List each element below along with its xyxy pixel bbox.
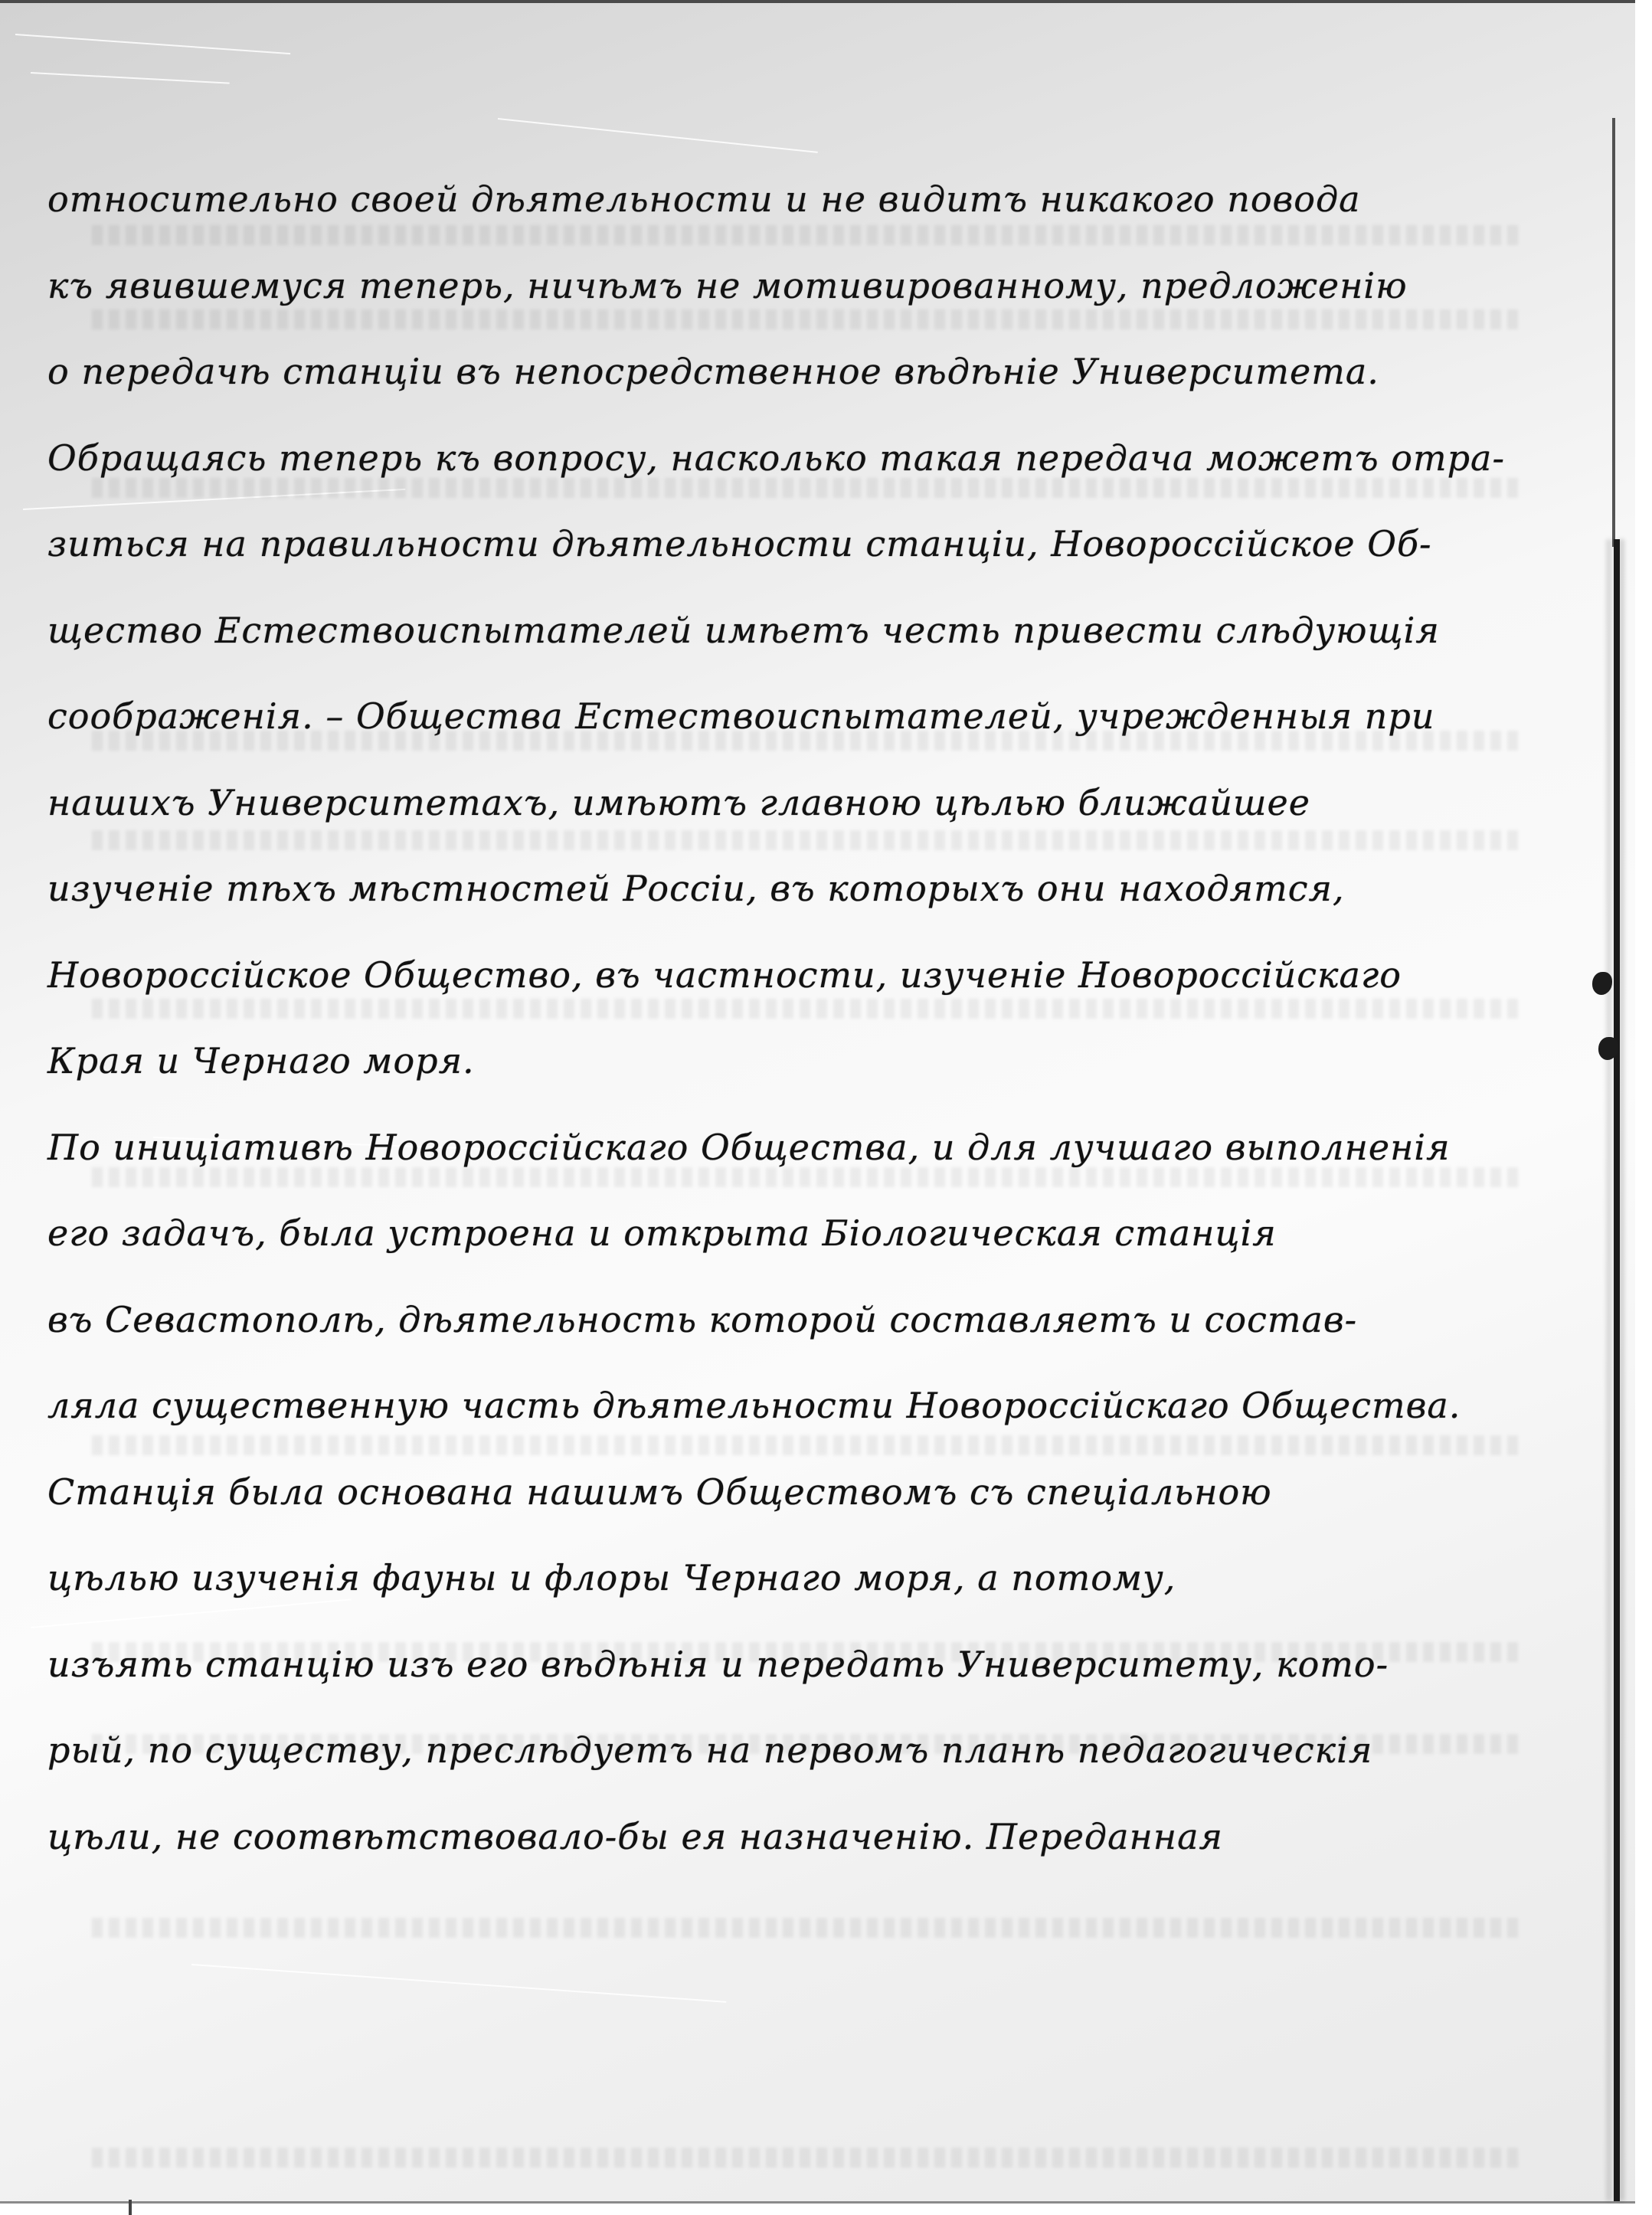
text-line: цѣли, не соотвѣтствовало-бы ея назначені… [47,1794,1610,1880]
scratch-mark [191,1964,726,2003]
page-edge-upper [1612,118,1615,547]
scratch-mark [498,118,818,153]
manuscript-photo: относительно своей дѣятельности и не вид… [0,0,1635,2204]
text-line: Обращаясь теперь къ вопросу, насколько т… [47,415,1610,502]
scratch-mark [31,72,230,84]
scan-artifact-mark [129,2200,132,2215]
text-line: его задачъ, была устроена и открыта Біол… [47,1190,1610,1277]
text-line: соображенія. – Общества Естествоиспытате… [47,673,1610,760]
text-line: къ явившемуся теперь, ничѣмъ не мотивиро… [47,243,1610,329]
bleed-through-text [92,2148,1520,2168]
text-line: о передачѣ станціи въ непосредственное в… [47,329,1610,415]
text-line: цѣлью изученія фауны и флоры Чернаго мор… [47,1535,1610,1621]
text-line: По иниціативѣ Новороссійскаго Общества, … [47,1104,1610,1191]
text-line: щество Естествоиспытателей имѣетъ честь … [47,587,1610,674]
text-line: Новороссійское Общество, въ частности, и… [47,932,1610,1019]
text-line: изъять станцію изъ его вѣдѣнія и передат… [47,1621,1610,1708]
text-line: въ Севастополѣ, дѣятельность которой сос… [47,1277,1610,1363]
bleed-through-text [92,1918,1520,1938]
text-line: относительно своей дѣятельности и не вид… [47,156,1610,243]
text-line: зиться на правильности дѣятельности стан… [47,501,1610,587]
text-line: Края и Чернаго моря. [47,1018,1610,1104]
text-line: нашихъ Университетахъ, имѣютъ главною цѣ… [47,760,1610,846]
text-line: изученіе тѣхъ мѣстностей Россіи, въ кото… [47,846,1610,932]
text-line: рый, по существу, преслѣдуетъ на первомъ… [47,1707,1610,1794]
page-edge-binding [1614,539,1620,2201]
manuscript-text: относительно своей дѣятельности и не вид… [47,156,1610,1880]
text-line: ляла существенную часть дѣятельности Нов… [47,1363,1610,1449]
scratch-mark [15,34,290,54]
text-line: Станція была основана нашимъ Обществомъ … [47,1449,1610,1536]
